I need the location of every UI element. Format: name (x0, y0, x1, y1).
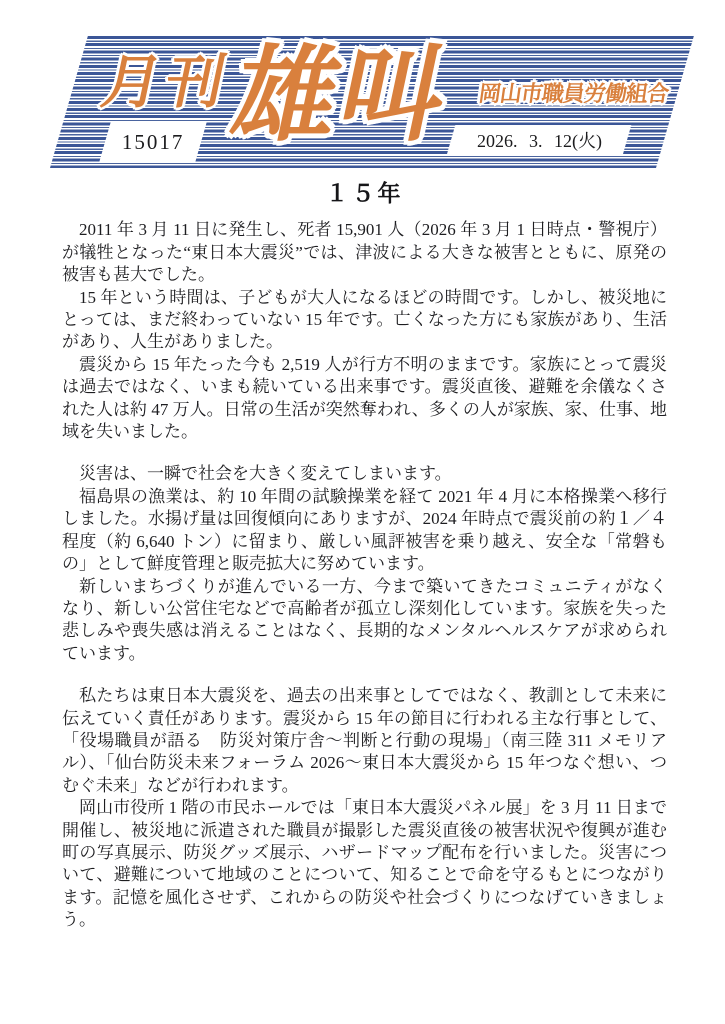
issue-date: 2026. 3. 12(火) (477, 127, 602, 153)
article-title: １５年 (62, 182, 667, 204)
issue-number: 15017 (122, 130, 185, 155)
paragraph: 岡山市役所 1 階の市民ホールでは「東日本大震災パネル展」を 3 月 11 日ま… (62, 797, 667, 931)
article-body: １５年 2011 年 3 月 11 日に発生し、死者 15,901 人（2026… (62, 182, 667, 932)
newsletter-page: 15017 2026. 3. 12(火) 月刊 雄叫 岡山市職員労働組合 １５年… (0, 0, 725, 1024)
paragraph: 新しいまちづくりが進んでいる一方、今まで築いてきたコミュニティがなくなり、新しい… (62, 576, 667, 666)
masthead: 15017 2026. 3. 12(火) 月刊 雄叫 岡山市職員労働組合 (0, 0, 725, 180)
organization-name: 岡山市職員労働組合 (477, 83, 669, 105)
paragraph: 震災から 15 年たった今も 2,519 人が行方不明のままです。家族にとって震… (62, 354, 667, 444)
publication-title: 雄叫 (224, 44, 458, 148)
paragraph: 災害は、一瞬で社会を大きく変えてしまいます。 (62, 463, 667, 485)
paragraph: 2011 年 3 月 11 日に発生し、死者 15,901 人（2026 年 3… (62, 219, 667, 286)
publication-type-label: 月刊 (97, 54, 235, 112)
paragraph: 福島県の漁業は、約 10 年間の試験操業を経て 2021 年 4 月に本格操業へ… (62, 486, 667, 576)
paragraph: 私たちは東日本大震災を、過去の出来事としてではなく、教訓として未来に伝えていく責… (62, 685, 667, 797)
paragraph: 15 年という時間は、子どもが大人になるほどの時間です。しかし、被災地にとっては… (62, 287, 667, 354)
issue-number-box: 15017 (99, 121, 207, 163)
issue-date-box: 2026. 3. 12(火) (447, 125, 631, 154)
